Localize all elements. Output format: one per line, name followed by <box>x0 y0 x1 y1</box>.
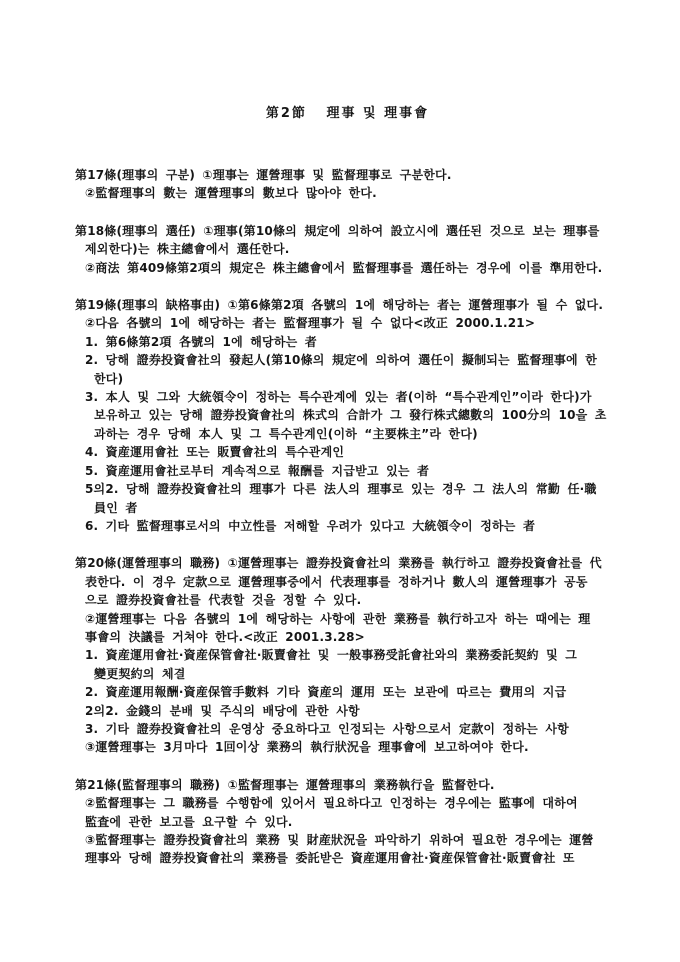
article-18: 第18條(理事의 選任) ①理事(第10條의 規定에 의하여 設立시에 選任된 … <box>75 222 620 277</box>
text-line: 3. 本人 및 그와 大統領令이 정하는 특수관계에 있는 者(이하 “특수관계… <box>75 388 620 406</box>
text-line: 監査에 관한 보고를 요구할 수 있다. <box>75 813 620 831</box>
text-line: ②運營理事는 다음 各號의 1에 해당하는 사항에 관한 業務를 執行하고자 하… <box>75 610 620 628</box>
article-17: 第17條(理事의 구분) ①理事는 運營理事 및 監督理事로 구분한다. ②監督… <box>75 166 620 203</box>
document-content: 第2節 理事 및 理事會 第17條(理事의 구분) ①理事는 運營理事 및 監督… <box>0 0 680 868</box>
text-line: ②商法 第409條第2項의 規定은 株主總會에서 監督理事를 選任하는 경우에 … <box>75 259 620 277</box>
text-line: 5. 資産運用會社로부터 계속적으로 報酬를 지급받고 있는 者 <box>75 462 620 480</box>
text-line: 5의2. 당해 證券投資會社의 理事가 다른 法人의 理事로 있는 경우 그 法… <box>75 480 620 498</box>
text-line: 理事와 당해 證券投資會社의 業務를 委託받은 資産運用會社·資産保管會社·販賣… <box>75 849 620 867</box>
text-line: 第17條(理事의 구분) ①理事는 運營理事 및 監督理事로 구분한다. <box>75 166 620 184</box>
text-line: 表한다. 이 경우 定款으로 運營理事중에서 代表理事를 정하거나 數人의 運營… <box>75 573 620 591</box>
text-line: 第19條(理事의 缺格事由) ①第6條第2項 各號의 1에 해당하는 者는 運營… <box>75 296 620 314</box>
text-line: 제외한다)는 株主總會에서 選任한다. <box>75 240 620 258</box>
text-line: ③監督理事는 證券投資會社의 業務 및 財産狀況을 파악하기 위하여 필요한 경… <box>75 831 620 849</box>
text-line: 4. 資産運用會社 또는 販賣會社의 특수관계인 <box>75 443 620 461</box>
text-line: 第20條(運營理事의 職務) ①運營理事는 證券投資會社의 業務를 執行하고 證… <box>75 554 620 572</box>
text-line: 第18條(理事의 選任) ①理事(第10條의 規定에 의하여 設立시에 選任된 … <box>75 222 620 240</box>
article-19: 第19條(理事의 缺格事由) ①第6條第2項 各號의 1에 해당하는 者는 運營… <box>75 296 620 535</box>
text-line: 2의2. 金錢의 분배 및 주식의 배당에 관한 사항 <box>75 702 620 720</box>
text-line: 으로 證券投資會社를 代表할 것을 정할 수 있다. <box>75 591 620 609</box>
text-line: 과하는 경우 당해 本人 및 그 특수관계인(이하 “主要株主”라 한다) <box>75 425 620 443</box>
text-line: ③運營理事는 3月마다 1回이상 業務의 執行狀況을 理事會에 보고하여야 한다… <box>75 738 620 756</box>
text-line: 變更契約의 체결 <box>75 665 620 683</box>
text-line: ②다음 各號의 1에 해당하는 者는 監督理事가 될 수 없다<改正 2000.… <box>75 314 620 332</box>
article-20: 第20條(運營理事의 職務) ①運營理事는 證券投資會社의 業務를 執行하고 證… <box>75 554 620 756</box>
text-line: 1. 第6條第2項 各號의 1에 해당하는 者 <box>75 333 620 351</box>
text-line: 2. 資産運用報酬·資産保管手數料 기타 資産의 運用 또는 보관에 따르는 費… <box>75 683 620 701</box>
text-line: 第21條(監督理事의 職務) ①監督理事는 運營理事의 業務執行을 監督한다. <box>75 776 620 794</box>
text-line: ②監督理事는 그 職務를 수행함에 있어서 필요하다고 인정하는 경우에는 監事… <box>75 794 620 812</box>
text-line: ②監督理事의 數는 運營理事의 數보다 많아야 한다. <box>75 184 620 202</box>
text-line: 3. 기타 證券投資會社의 운영상 중요하다고 인정되는 사항으로서 定款이 정… <box>75 720 620 738</box>
section-title: 第2節 理事 및 理事會 <box>75 105 620 123</box>
article-21: 第21條(監督理事의 職務) ①監督理事는 運營理事의 業務執行을 監督한다. … <box>75 776 620 868</box>
text-line: 事會의 決議를 거쳐야 한다.<改正 2001.3.28> <box>75 628 620 646</box>
text-line: 2. 당해 證券投資會社의 發起人(第10條의 規定에 의하여 選任이 擬制되는… <box>75 351 620 369</box>
text-line: 보유하고 있는 당해 證券投資會社의 株式의 合計가 그 發行株式總數의 100… <box>75 406 620 424</box>
text-line: 1. 資産運用會社·資産保管會社·販賣會社 및 一般事務受託會社와의 業務委託契… <box>75 646 620 664</box>
text-line: 員인 者 <box>75 499 620 517</box>
text-line: 한다) <box>75 370 620 388</box>
text-line: 6. 기타 監督理事로서의 中立性를 저해할 우려가 있다고 大統領令이 정하는… <box>75 517 620 535</box>
document-page: 第2節 理事 및 理事會 第17條(理事의 구분) ①理事는 運營理事 및 監督… <box>0 0 680 962</box>
